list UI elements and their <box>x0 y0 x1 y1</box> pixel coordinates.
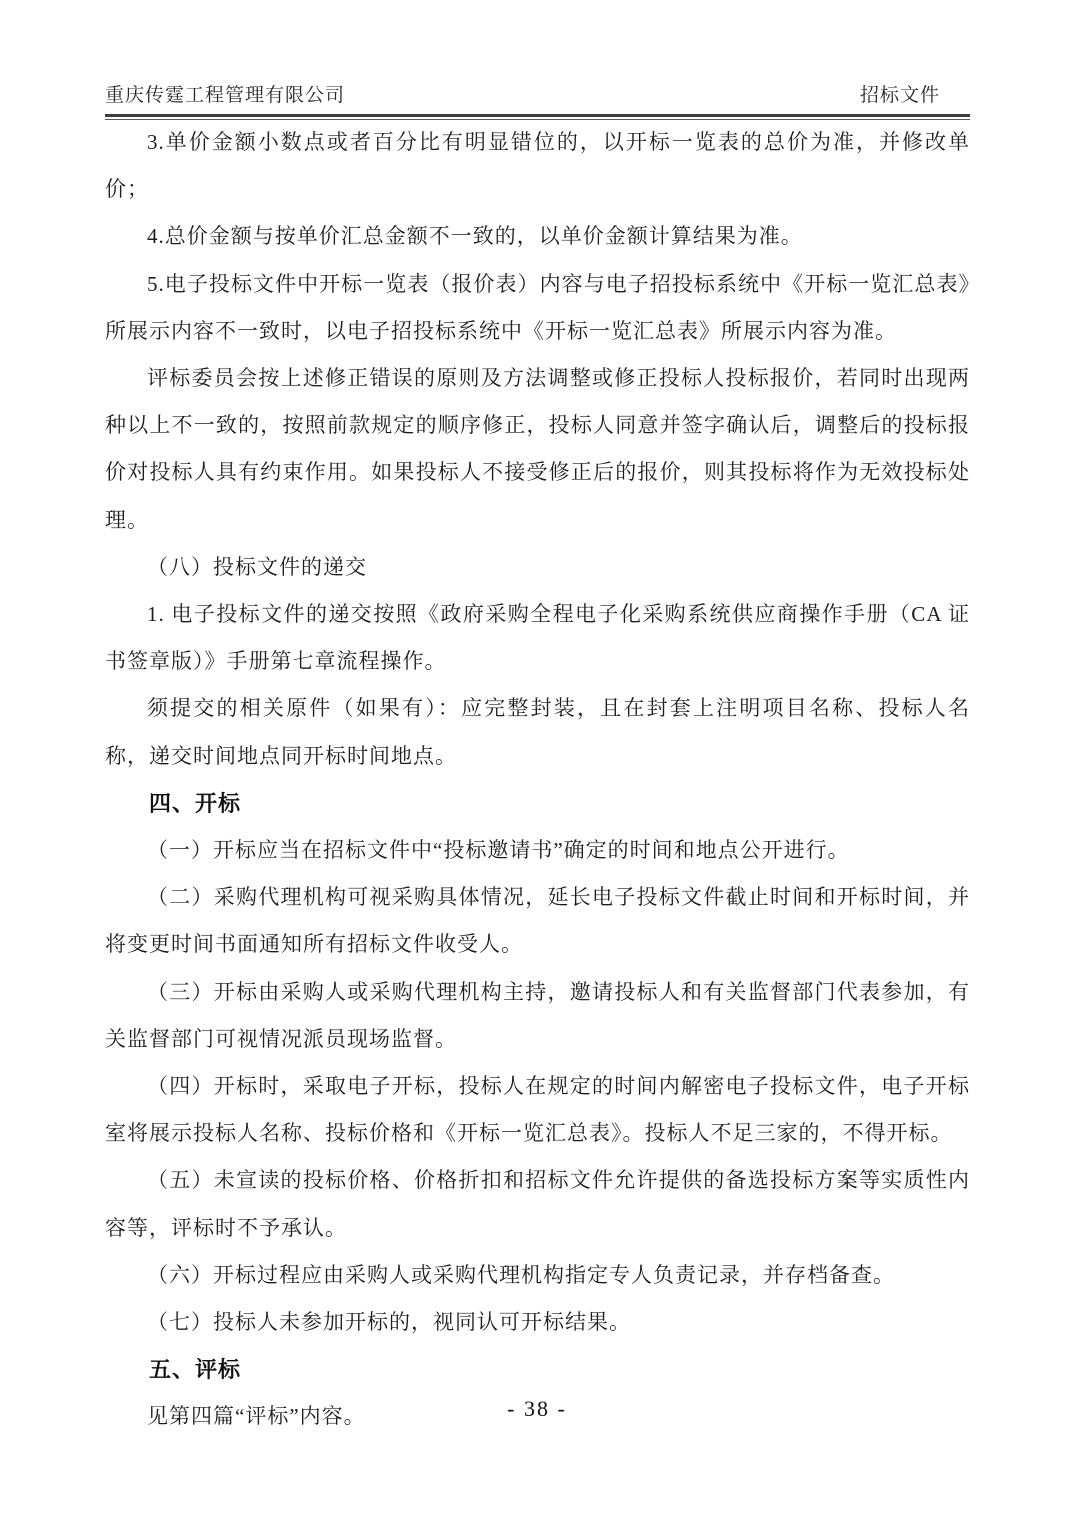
para-rule-4-total-price: 4.总价金额与按单价汇总金额不一致的，以单价金额计算结果为准。 <box>105 213 970 260</box>
para-heading-8-bid-submission: （八）投标文件的递交 <box>105 544 970 591</box>
para-bid-opening-4: （四）开标时，采取电子开标，投标人在规定的时间内解密电子投标文件，电子开标室将展… <box>105 1063 970 1157</box>
document-body: 3.单价金额小数点或者百分比有明显错位的，以开标一览表的总价为准，并修改单价； … <box>105 119 970 1441</box>
page-number: - 38 - <box>507 1396 567 1421</box>
document-page: 重庆传霆工程管理有限公司 招标文件 3.单价金额小数点或者百分比有明显错位的，以… <box>0 0 1074 1520</box>
para-original-documents: 须提交的相关原件（如果有）：应完整封装，且在封套上注明项目名称、投标人名称，递交… <box>105 685 970 779</box>
para-rule-3-unit-price: 3.单价金额小数点或者百分比有明显错位的，以开标一览表的总价为准，并修改单价； <box>105 119 970 213</box>
header-doc-label: 招标文件 <box>860 80 970 107</box>
para-submission-manual: 1. 电子投标文件的递交按照《政府采购全程电子化采购系统供应商操作手册（CA 证… <box>105 591 970 685</box>
para-rule-5-opening-summary: 5.电子投标文件中开标一览表（报价表）内容与电子招投标系统中《开标一览汇总表》所… <box>105 261 970 355</box>
header-company-name: 重庆传霆工程管理有限公司 <box>105 80 345 107</box>
para-bid-opening-1: （一）开标应当在招标文件中“投标邀请书”确定的时间和地点公开进行。 <box>105 827 970 874</box>
para-bid-opening-6: （六）开标过程应由采购人或采购代理机构指定专人负责记录，并存档备查。 <box>105 1252 970 1299</box>
section-heading-evaluation: 五、评标 <box>105 1346 970 1393</box>
para-bid-opening-3: （三）开标由采购人或采购代理机构主持，邀请投标人和有关监督部门代表参加，有关监督… <box>105 969 970 1063</box>
para-correction-procedure: 评标委员会按上述修正错误的原则及方法调整或修正投标人投标报价，若同时出现两种以上… <box>105 355 970 544</box>
para-bid-opening-5: （五）未宣读的投标价格、价格折扣和招标文件允许提供的备选投标方案等实质性内容等，… <box>105 1157 970 1251</box>
para-bid-opening-7: （七）投标人未参加开标的，视同认可开标结果。 <box>105 1299 970 1346</box>
section-heading-bid-opening: 四、开标 <box>105 780 970 827</box>
page-footer: - 38 - <box>0 1396 1074 1422</box>
page-header: 重庆传霆工程管理有限公司 招标文件 <box>105 80 970 120</box>
para-bid-opening-2: （二）采购代理机构可视采购具体情况，延长电子投标文件截止时间和开标时间，并将变更… <box>105 874 970 968</box>
